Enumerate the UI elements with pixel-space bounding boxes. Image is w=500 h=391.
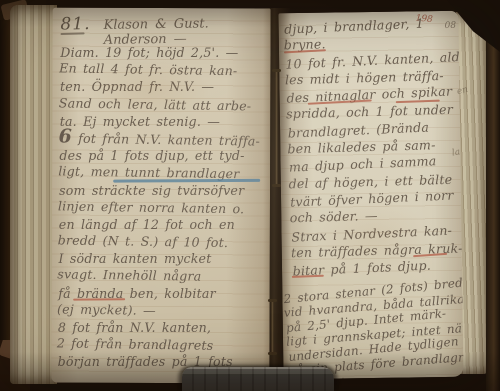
handwritten-line: En tall 4 fot fr. östra kan- — [59, 60, 267, 80]
handwritten-line: en längd af 12 fot och en — [59, 216, 267, 233]
right-page-text-lower: 2 stora stenar (2 fots) bred- vid hvaran… — [282, 277, 464, 379]
binding-pin-upper — [275, 71, 278, 185]
binding-pin-lower — [271, 301, 274, 353]
edge-writing-fragment: la — [451, 147, 461, 158]
left-page: 81. Klason & Gust. Anderson — Diam. 19 f… — [51, 8, 270, 384]
handwritten-line: ten. Öppnad fr. N.V. — — [60, 78, 268, 95]
binder-clip — [182, 367, 334, 391]
left-page-text: Diam. 19 fot; höjd 2,5'. — En tall 4 fot… — [57, 43, 268, 371]
handwritten-line: 6 fot från N.V. kanten träffa- — [58, 128, 266, 148]
left-page-edge-stack — [10, 5, 57, 384]
handwritten-line: bredd (N t. S.) af 10 fot. — [58, 231, 266, 251]
handwritten-line: ta. Ej mycket stenig. — — [60, 113, 268, 130]
handwritten-line: des på 1 fots djup, ett tyd- — [59, 147, 267, 164]
right-page: 198 08 djup, i brandlager, 1 bryne. 10 f… — [278, 11, 463, 379]
handwritten-line: 8 fot från N.V. kanten, — [58, 319, 266, 336]
handwritten-line: Sand och lera, lätt att arbe- — [59, 94, 267, 114]
notebook-photo: 81. Klason & Gust. Anderson — Diam. 19 f… — [0, 0, 500, 391]
handwritten-line: 2 fot från brandlagrets — [57, 335, 265, 355]
entry-number: 81. — [60, 14, 90, 34]
handwritten-line: (ej mycket). — — [57, 300, 265, 320]
book-gutter — [263, 8, 291, 383]
handwritten-line: Diam. 19 fot; höjd 2,5'. — — [60, 44, 268, 61]
handwritten-line: svagt. Innehöll några — [57, 266, 265, 286]
handwritten-line: som sträckte sig tvärsöfver — [59, 182, 267, 199]
handwritten-line: I södra kanten mycket — [59, 250, 267, 267]
right-page-text-upper: djup, i brandlager, 1 bryne. 10 fot fr. … — [283, 14, 462, 279]
handwritten-line: linjen efter norra kanten o. — [58, 197, 266, 217]
right-cover-edge — [486, 0, 500, 391]
